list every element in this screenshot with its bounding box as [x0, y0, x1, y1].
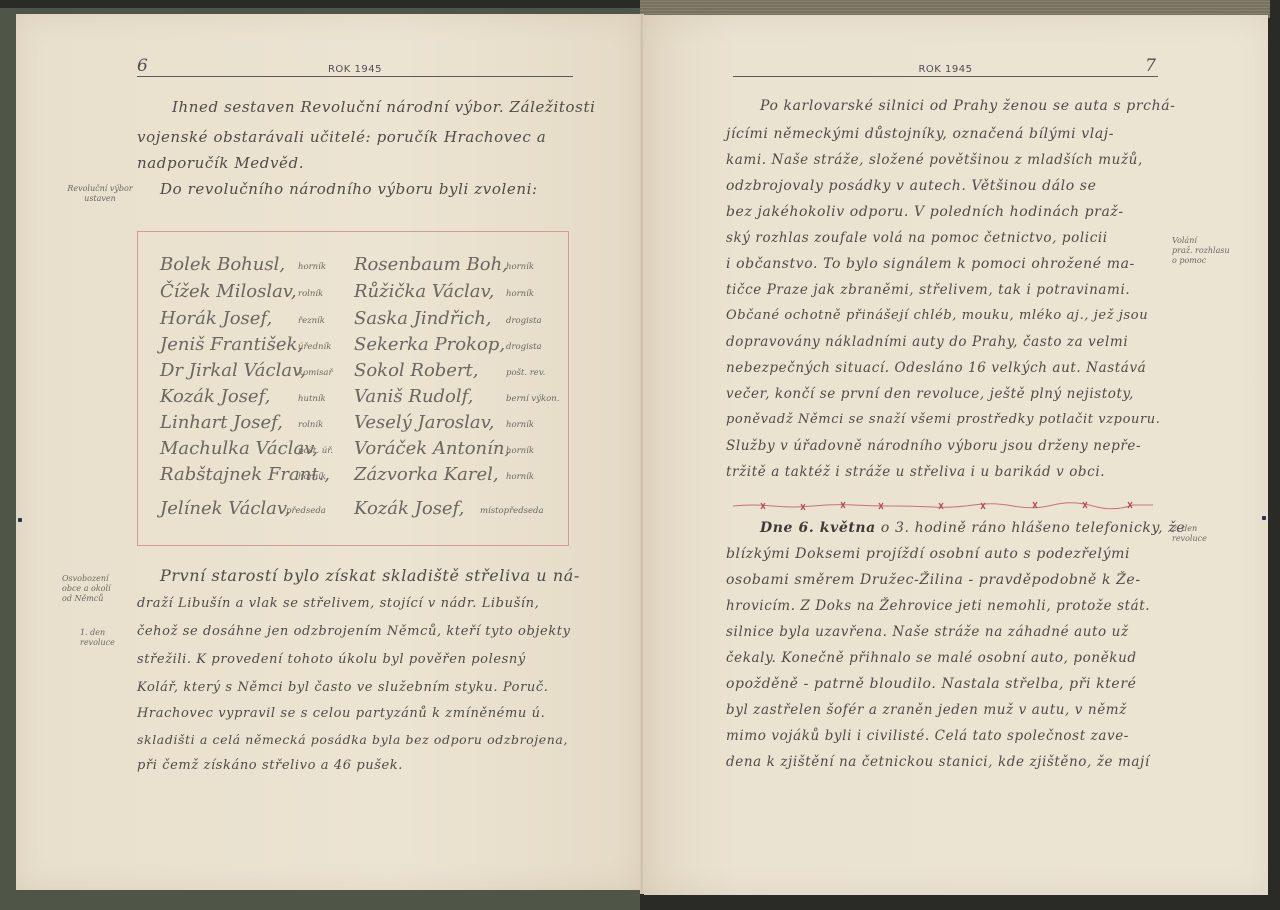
member-occupation: rolník — [298, 420, 323, 430]
member-occupation: horník — [506, 262, 534, 272]
member-name: Zázvorka Karel, — [354, 464, 499, 485]
member-occupation: pošt. úř. — [298, 446, 333, 456]
member-occupation: horník — [506, 472, 534, 482]
text-line: silnice byla uzavřena. Naše stráže na zá… — [726, 624, 1129, 640]
text-line: hrovicím. Z Doks na Žehrovice jeti nemoh… — [726, 598, 1150, 614]
member-name: Voráček Antonín, — [354, 438, 510, 459]
text-line: jícími německými důstojníky, označená bí… — [726, 126, 1114, 142]
text-line: Dne 6. května o 3. hodině ráno hlášeno t… — [760, 520, 1185, 536]
member-occupation: horník — [298, 262, 326, 272]
header-title: ROK 1945 — [137, 64, 573, 75]
margin-note-line: praž. rozhlasu — [1172, 246, 1242, 256]
margin-note-line: od Němců — [62, 594, 132, 604]
text-line: kami. Naše stráže, složené povětšinou z … — [726, 152, 1143, 168]
margin-note: 2. den revoluce — [1172, 524, 1232, 544]
margin-note-line: Revoluční výbor — [60, 184, 140, 194]
text-line: skladišti a celá německá posádka byla be… — [137, 732, 568, 747]
member-occupation: řezník — [298, 316, 325, 326]
text-line: odzbrojovaly posádky v autech. Většinou … — [726, 178, 1096, 194]
text-line: dopravovány nákladními auty do Prahy, ča… — [726, 334, 1128, 350]
member-row: Čížek Miloslav, rolník Růžička Václav, h… — [138, 281, 568, 311]
text-line: večer, končí se první den revoluce, ješt… — [726, 386, 1134, 402]
member-occupation: komisař — [298, 368, 333, 378]
member-occupation: pošt. rev. — [506, 368, 545, 378]
text-line: mimo vojáků byli i civilisté. Celá tato … — [726, 728, 1129, 744]
text-line: blízkými Doksemi projíždí osobní auto s … — [726, 546, 1130, 562]
text-line: bez jakéhokoliv odporu. V poledních hodi… — [726, 204, 1124, 220]
member-name: Kozák Josef, — [160, 386, 270, 407]
member-name: Jeniš František, — [160, 334, 303, 355]
margin-note: 1. den revoluce — [80, 628, 140, 648]
member-name: Čížek Miloslav, — [160, 281, 297, 302]
text-line: Ihned sestaven Revoluční národní výbor. … — [172, 98, 595, 116]
member-name: Saska Jindřich, — [354, 308, 492, 329]
margin-note: Volání praž. rozhlasu o pomoc — [1172, 236, 1242, 266]
member-occupation: horník — [506, 446, 534, 456]
text-line: Hrachovec vypravil se s celou partyzánů … — [137, 706, 545, 721]
member-name: Sokol Robert, — [354, 360, 479, 381]
margin-note-line: revoluce — [1172, 534, 1232, 544]
page-marker — [1262, 516, 1266, 520]
committee-members-box: Bolek Bohusl, horník Rosenbaum Boh, horn… — [137, 231, 569, 546]
margin-note: Revoluční výbor ustaven — [60, 184, 140, 204]
red-wavy-divider — [733, 497, 1153, 509]
member-occupation: horník — [298, 472, 326, 482]
member-occupation: místopředseda — [480, 506, 544, 516]
member-name: Růžička Václav, — [354, 281, 494, 302]
member-name: Jelínek Václav, — [160, 498, 291, 519]
member-name: Horák Josef, — [160, 308, 272, 329]
member-name: Rosenbaum Boh, — [354, 254, 508, 275]
page-marker — [18, 518, 22, 522]
text-line: Kolář, který s Němci byl často ve služeb… — [137, 680, 548, 695]
text-line: při čemž získáno střelivo a 46 pušek. — [137, 758, 403, 773]
member-row: Bolek Bohusl, horník Rosenbaum Boh, horn… — [138, 254, 568, 284]
text-line: poněvadž Němci se snaží všemi prostředky… — [726, 412, 1161, 427]
text-line: tičce Praze jak zbraněmi, střelivem, tak… — [726, 282, 1130, 298]
left-page-header: 6 ROK 1945 — [137, 56, 573, 77]
member-name: Machulka Václav, — [160, 438, 318, 459]
margin-note: Osvobození obce a okolí od Němců — [62, 574, 132, 604]
margin-note-line: ustaven — [60, 194, 140, 204]
member-occupation: horník — [506, 289, 534, 299]
member-name: Bolek Bohusl, — [160, 254, 285, 275]
text-line: nebezpečných situací. Odesláno 16 velkýc… — [726, 360, 1146, 376]
margin-note-line: 1. den — [80, 628, 140, 638]
text-fragment: o 3. hodině ráno hlášeno telefonicky, že — [876, 520, 1185, 536]
text-line: čehož se dosáhne jen odzbrojením Němců, … — [137, 624, 571, 639]
text-line: byl zastřelen šofér a zraněn jeden muž v… — [726, 702, 1127, 718]
text-line: nadporučík Medvěd. — [137, 154, 304, 172]
member-row: Jelínek Václav, předseda Kozák Josef, mí… — [138, 498, 568, 528]
margin-note-line: Volání — [1172, 236, 1242, 246]
member-name: Linhart Josef, — [160, 412, 283, 433]
page-number: 7 — [1145, 56, 1156, 76]
text-line: osobami směrem Družec-Žilina - pravděpod… — [726, 572, 1141, 588]
member-name: Vaniš Rudolf, — [354, 386, 473, 407]
text-line: Občané ochotně přinášejí chléb, mouku, m… — [726, 308, 1148, 323]
member-name: Dr Jirkal Václav, — [160, 360, 306, 381]
member-name: Kozák Josef, — [354, 498, 464, 519]
text-line: opožděně - patrně bloudilo. Nastala stře… — [726, 676, 1137, 692]
member-occupation: drogista — [506, 316, 542, 326]
member-occupation: hutník — [298, 394, 326, 404]
text-line: čekaly. Konečně přihnalo se malé osobní … — [726, 650, 1137, 666]
text-line: Po karlovarské silnici od Prahy ženou se… — [760, 98, 1176, 114]
member-occupation: rolník — [298, 289, 323, 299]
text-line: dena k zjištění na četnickou stanici, kd… — [726, 754, 1150, 770]
text-line: ský rozhlas zoufale volá na pomoc četnic… — [726, 230, 1108, 246]
member-occupation: předseda — [286, 506, 326, 516]
margin-note-line: o pomoc — [1172, 256, 1242, 266]
margin-note-line: Osvobození — [62, 574, 132, 584]
text-line: Do revolučního národního výboru byli zvo… — [160, 180, 538, 198]
margin-note-line: revoluce — [80, 638, 140, 648]
member-occupation: drogista — [506, 342, 542, 352]
member-name: Veselý Jaroslav, — [354, 412, 494, 433]
member-name: Sekerka Prokop, — [354, 334, 505, 355]
margin-note-line: obce a okolí — [62, 584, 132, 594]
text-line: tržitě a taktéž i stráže u střeliva i u … — [726, 464, 1105, 480]
member-occupation: horník — [506, 420, 534, 430]
text-line: i občanstvo. To bylo signálem k pomoci o… — [726, 256, 1135, 272]
member-occupation: berní výkon. — [506, 394, 559, 404]
text-line: draží Libušín a vlak se střelivem, stojí… — [137, 596, 539, 611]
margin-note-line: 2. den — [1172, 524, 1232, 534]
text-line: První starostí bylo získat skladiště stř… — [160, 566, 580, 585]
text-line: vojenské obstarávali učitelé: poručík Hr… — [137, 128, 546, 146]
header-title: ROK 1945 — [733, 64, 1158, 75]
text-line: Služby v úřadovně národního výboru jsou … — [726, 438, 1141, 454]
date-highlight: Dne 6. května — [760, 520, 876, 536]
text-line: střežili. K provedení tohoto úkolu byl p… — [137, 652, 526, 667]
member-row: Rabštajnek Frant., horník Zázvorka Karel… — [138, 464, 568, 494]
right-page-header: ROK 1945 7 — [733, 56, 1158, 77]
member-occupation: úředník — [298, 342, 331, 352]
